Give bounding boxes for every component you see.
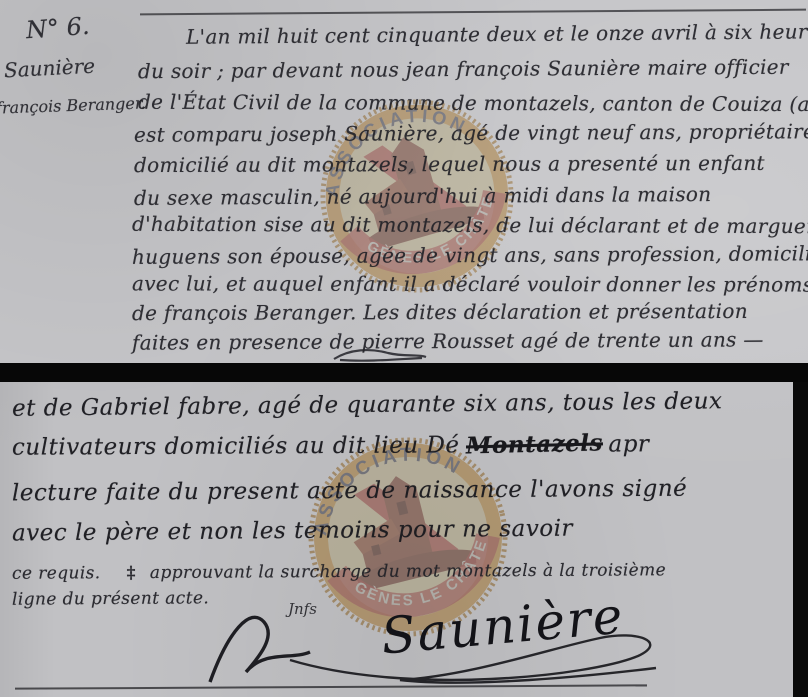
act-text-line: avec lui, et auquel enfant il a déclaré …: [132, 271, 808, 296]
act-text-line: est comparu joseph Saunière, agé de ving…: [134, 119, 808, 147]
act-text-line: et de Gabriel fabre, agé de quarante six…: [12, 388, 723, 421]
line5-prefix: ce requis.: [12, 563, 101, 583]
renvoi-mark: ‡: [127, 563, 136, 583]
line2-prefix: cultivateurs domiciliés au dit lieu Dé: [12, 432, 460, 460]
act-text-line: faites en presence de pierre Rousset agé…: [132, 327, 764, 354]
line2-suffix: apr: [608, 431, 649, 457]
closing-flourish: [330, 346, 430, 364]
act-text-line: de françois Beranger. Les dites déclarat…: [132, 299, 748, 325]
signature-initials: Jnfs: [285, 600, 317, 618]
act-text-line: cultivateurs domiciliés au dit lieu DéMo…: [12, 430, 650, 460]
act-text-line: avec le père et non les temoins pour ne …: [12, 516, 573, 547]
act-text-line: de l'État Civil de la commune de montaze…: [138, 90, 808, 117]
signature-name: Saunière: [379, 587, 627, 666]
act-text-line: du sexe masculin, né aujourd'hui à midi …: [134, 182, 712, 210]
act-number: N° 6.: [25, 12, 90, 44]
margin-given-names: françois Beranger.: [0, 93, 146, 117]
act-text-line: L'an mil huit cent cinquante deux et le …: [186, 19, 808, 49]
signature-paraphe-stroke: [210, 617, 310, 682]
scan-right-edge: [793, 382, 808, 697]
scanned-birth-record: ASSOCIATION GÈNES LE CHÂTEAU N° 6. Sauni…: [0, 0, 808, 697]
act-text-line: du soir ; par devant nous jean françois …: [138, 55, 789, 84]
act-text-line: huguens son épouse, agée de vingt ans, s…: [132, 241, 808, 269]
struck-word: Montazels: [465, 429, 603, 459]
lower-page: ASSOCIATION GÈNES LE CHÂTEAU et de Gabri…: [0, 382, 793, 697]
previous-act-closing-rule: [140, 9, 806, 16]
margin-surname: Saunière: [3, 54, 95, 83]
act-text-line: domicilié au dit montazels, lequel nous …: [134, 151, 765, 177]
act-text-line: d'habitation sise au dit montazels, de l…: [132, 212, 808, 238]
scan-divider-bar: [0, 363, 808, 382]
act-text-line: lecture faite du present acte de naissan…: [12, 476, 687, 507]
mayor-signature: Jnfs Saunière: [170, 580, 710, 695]
